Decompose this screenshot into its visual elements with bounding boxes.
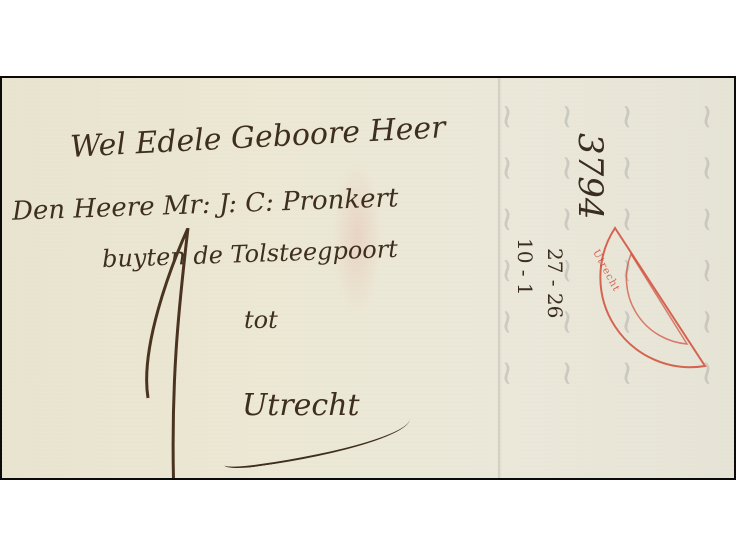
rate-numeral-one [140,228,200,480]
address-line-city: Utrecht [242,388,360,423]
reference-number: 3794 [570,133,610,220]
manuscript-date: 27 - 26 [543,248,567,318]
address-line-salutation: Wel Edele Geboore Heer [69,110,446,165]
letter-cover: ~ ~ ~ ~ ~ ~ ~ ~ ~ ~ ~ ~ ~ ~ ~ ~ ~ ~ ~ ~ … [0,76,736,480]
manuscript-date: 10 - 1 [513,238,537,296]
half-circle-postmark [587,226,707,376]
address-line-tot: tot [244,306,278,334]
